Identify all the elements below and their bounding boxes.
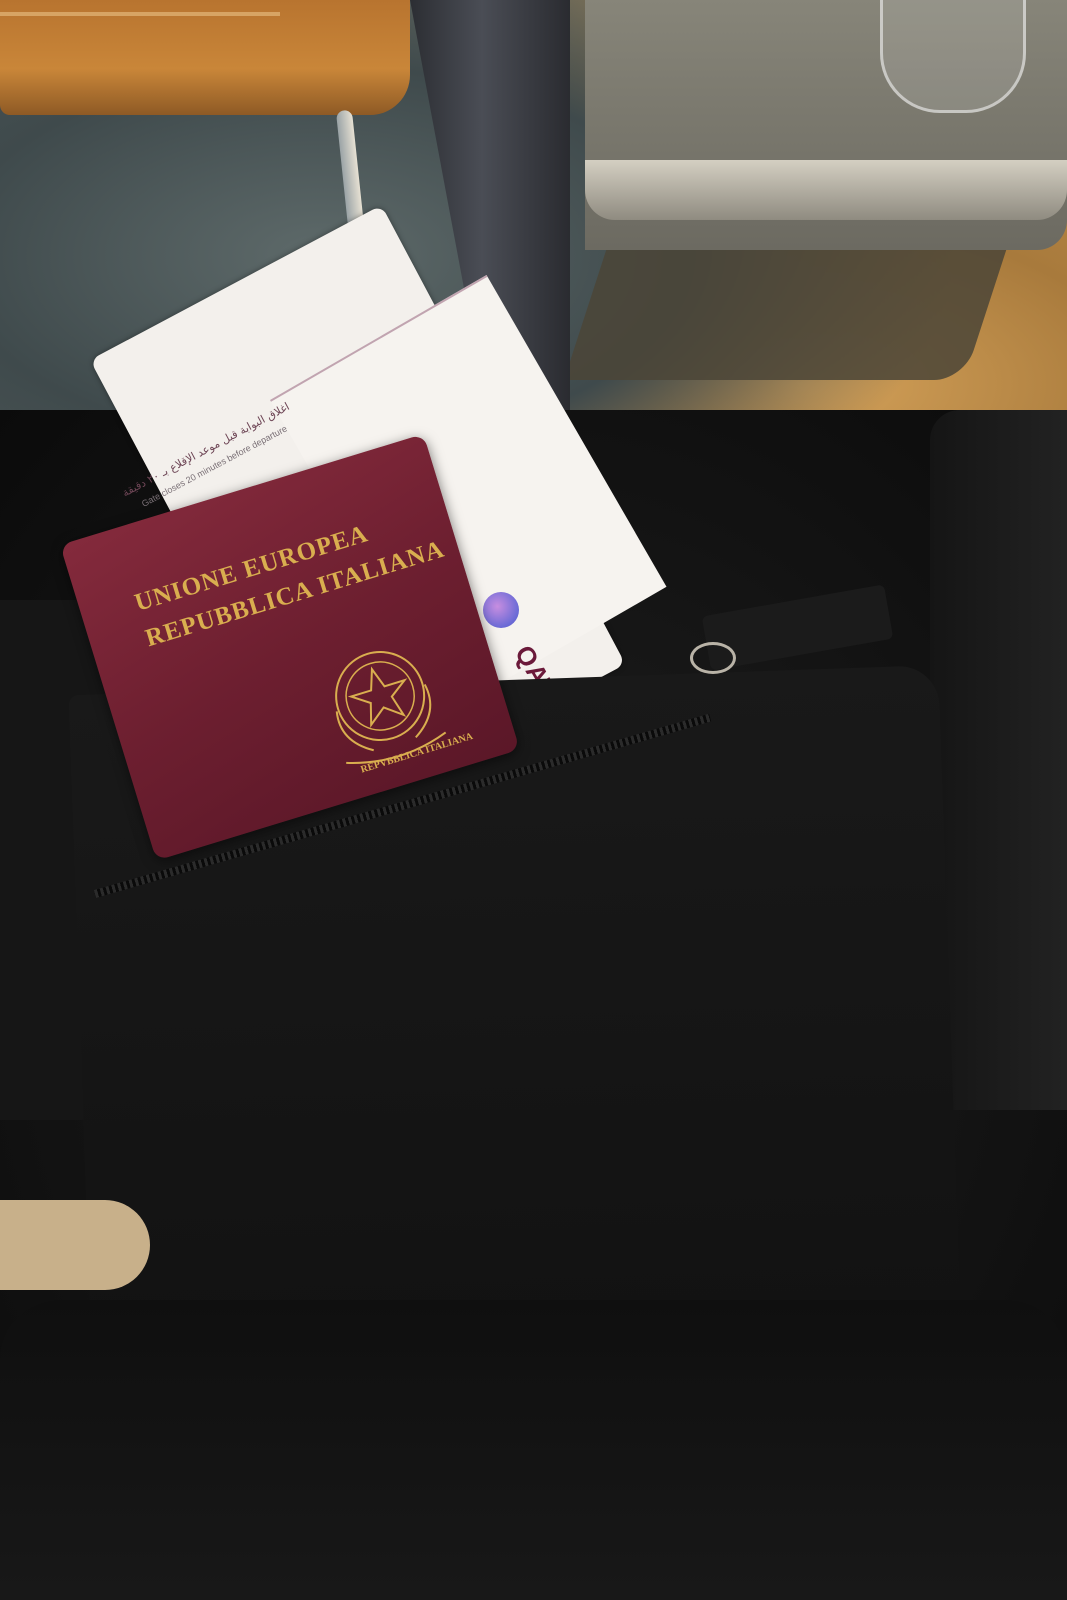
bag-fold-right bbox=[930, 410, 1067, 1110]
photo-scene: اغلاق البوابة قبل موعد الإقلاع بـ ٢٠ دقي… bbox=[0, 0, 1067, 1600]
emblem-text: REPVBBLICA ITALIANA bbox=[359, 731, 475, 776]
earbuds-case bbox=[0, 1200, 150, 1290]
glass-icon bbox=[880, 0, 1026, 113]
passport-cover: UNIONE EUROPEA REPUBBLICA ITALIANA REPVB… bbox=[60, 434, 520, 861]
zipper-pull-icon bbox=[690, 642, 736, 674]
passport: UNIONE EUROPEA REPUBBLICA ITALIANA REPVB… bbox=[60, 420, 510, 850]
leather-bag-zipper bbox=[0, 12, 280, 16]
bag-bottom-fold bbox=[0, 1300, 1067, 1600]
leather-bag bbox=[0, 0, 410, 115]
side-table-edge bbox=[585, 160, 1067, 220]
star-cog-emblem-icon: REPVBBLICA ITALIANA bbox=[291, 608, 478, 795]
